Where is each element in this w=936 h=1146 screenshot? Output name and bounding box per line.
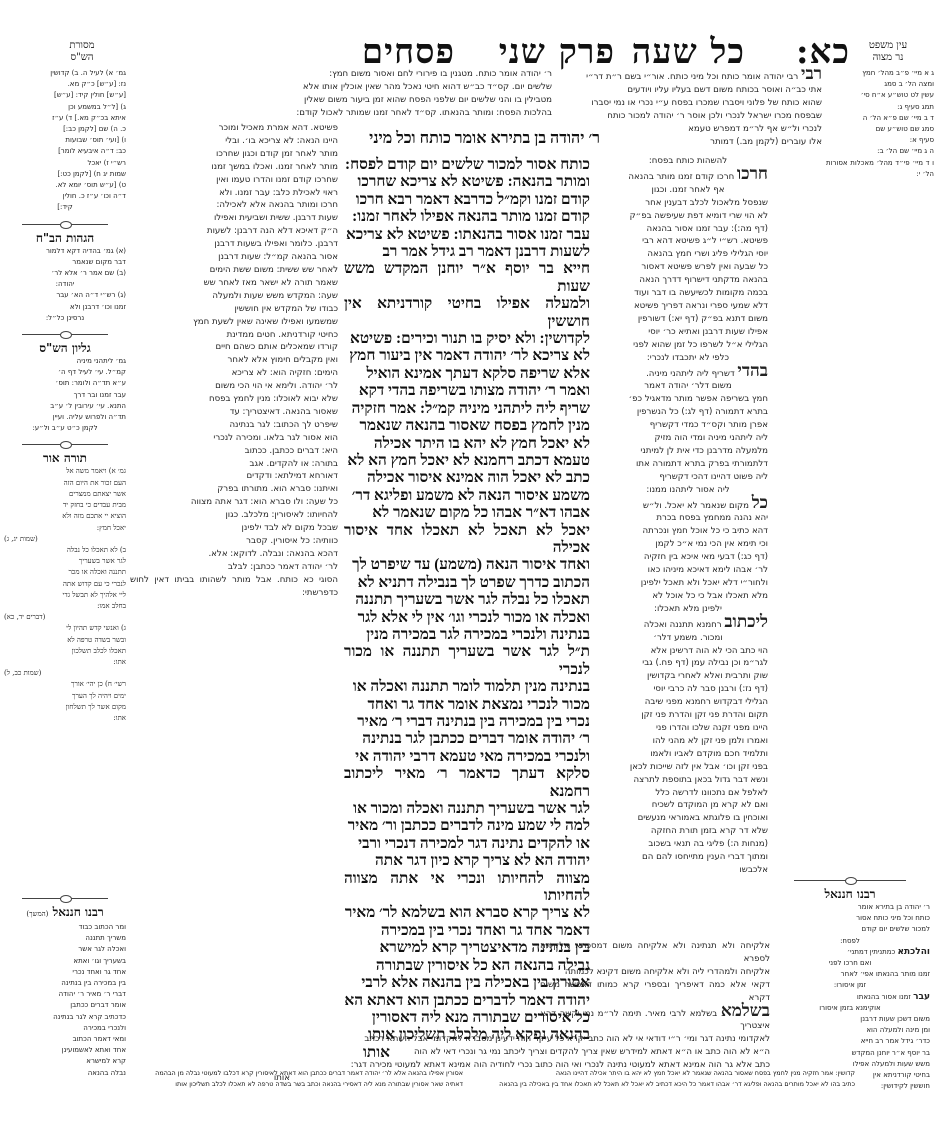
gilyon-line: קמ״ל. עי׳ לעיל דף ה׳ (4, 367, 126, 378)
gemara-line: לא יאכל חמץ לא יהא בו היתר אכילה (344, 435, 590, 452)
rashi-line: ואין מקבלים חימוץ אלא לאחר (130, 354, 338, 367)
rashi-line: שאמר תורה לא ישאר מאז לאחר שש (130, 277, 338, 290)
rashi-line: קורדו שמאכלים אותם כשהם חיים (130, 341, 338, 354)
rashi-line: ר׳ יהודה אומר כותח. מטגנין בו פירורי לחם… (130, 68, 552, 81)
tosafot-line: ומכור. משמע דלר׳ (608, 632, 768, 645)
ein-mishpat-line: ד ב מיי׳ שם פ״א הל׳ ה (826, 113, 934, 124)
tosafot-line: יוסי הגלילי פליג ושרי חמץ בהנאה (608, 248, 768, 261)
rashi-line: דאורחא דמילתא: ודקדים (130, 470, 338, 483)
section-divider-ornament (22, 440, 107, 448)
gilyon-line: ע״א תד״ה ולומר: תוס׳ (4, 378, 126, 389)
rabbeinu-chananel-right: רבנו חננאל ר׳ יהודה בן בתירא אומר כותח ו… (770, 870, 930, 1092)
gilyon-line: גמ׳ ליתהני מיניה (4, 356, 126, 367)
gemara-main-text: ר׳ יהודה בן בתירא אומר כותח וכל מיני (344, 130, 590, 147)
ein-mishpat-line: סעיף א: (826, 135, 934, 146)
torah-or-line: אתו: (4, 713, 126, 724)
masoret-line: איתא בכ״ק מא.] ד) ע״ז (4, 113, 126, 124)
rashi-line: ואיתנו: סברא הוא. מתורתו בפרק (130, 483, 338, 496)
gemara-line: מנין לחמץ בפסח שאסור בהנאה שנאמר (344, 417, 590, 434)
torah-or-line: ובשר בשדה טרפה לא (4, 635, 126, 646)
torah-or-line: אתו: (4, 657, 126, 668)
rabbeinu-chananel-left: רבנו חננאל (המשך) ומר הכתוב כבוד משריך ת… (4, 888, 126, 1079)
torah-or-ref: (שמות כב, ל) (4, 668, 126, 679)
torah-or-line: ב) לא תאכלו כל נבלה (4, 545, 126, 556)
rashi-line: שלשים יום. קס״ד כב״ש דהוא חיטי נאכל מהר … (130, 81, 552, 94)
masoret-label-line1: מסורת (52, 40, 112, 52)
rc-line: והלכתא כמתניתין דמתני׳ (770, 947, 930, 958)
tosafot-line: בהנאה מדקתני דישרוף דדרך הנאה (608, 274, 768, 287)
rabbeinu-chananel-left-title: רבנו חננאל (המשך) (4, 904, 126, 922)
gemara-line: עבר זמנו אסור בהנאתו: פשיטא לא צריכא (344, 226, 590, 243)
tosafot-line: אלכבשו (608, 864, 768, 877)
torah-or-text: גמ׳ א) ויאמר משה אל העם זכור את היום הזה… (4, 466, 126, 724)
rashi-line: בתורה: או להקדים. אגב (130, 458, 338, 471)
gemara-line: אלא שריפה סלקא דעתך אמינא הואיל (344, 365, 590, 382)
tosafot-bottom-line: אלקיחה ולמהדרי ליה ולא אלקיחה משום דקינא… (540, 966, 770, 979)
gemara-line: לשעות דרבנן דאמר רב גידל אמר רב (344, 243, 590, 260)
tosafot-bottom: אלקיחה ולא תנתינה ולא אלקיחה משום דמסכתא… (130, 940, 770, 1085)
rc-line: ואם חרכו לפני (770, 958, 930, 969)
masoret-line: כ. ה) שם [לקמן כב:] (4, 124, 126, 135)
tosafot-line: פשיטא. רש״י ל״ג פשיטא דהא רבי (608, 235, 768, 248)
rashi-line: היא: דברים ככתבן. ככתוב (130, 445, 338, 458)
torah-or-line: ליי אלהיך לא תבשל גדי (4, 590, 126, 601)
gemara-line: בנתינה מנין תלמוד לומר תתננה ואכלה או (344, 678, 590, 695)
torah-or-line: תאכלו לכלב תשלכון (4, 646, 126, 657)
footer-line: קדושין: אמר חזקיה מנין לחמץ בפסח שאסור ב… (480, 1068, 855, 1079)
dibur-hamatchil-bishlama: בשלמא (721, 1001, 770, 1020)
rashi-line: דהכא בהנאה: ונבלה. לדוקא: אלא. (130, 548, 338, 561)
tosafot-line: הגלילי א״ל לשרפו כל זמן שהוא לפני (608, 339, 768, 352)
gemara-line: מכור לנכרי נמצאת אומר אחד גר ואחד (344, 696, 590, 713)
bach-line: (א) גמ׳ בהדיה דקא דלמור (4, 246, 126, 257)
gemara-line: לא צריכא לר׳ יהודה דאמר אין ביעור חמץ (344, 347, 590, 364)
dibur-hamatchil-bhadi: בהדי (737, 361, 768, 380)
tosafot-line: אף לאחר זמנו. וכגון (608, 184, 768, 197)
rabbeinu-chananel-title: רבנו חננאל (770, 886, 930, 902)
rashi-line: כחיטי קורדניתא. חטים ממדינת (130, 329, 338, 342)
rc-left-line: דברי ר׳ מאיר ר׳ יהודה (4, 989, 126, 1000)
tosafot-text: רחמנא תתננה ואכלה (644, 620, 722, 630)
footer-line: אסורין אפילו בהנאה אלא לר׳ יהודה דאמר דב… (88, 1068, 463, 1079)
rc-left-line: ואכלה לגר אשר (4, 944, 126, 955)
dibur-hamatchil-likhtov: ליכתוב (724, 612, 768, 631)
gemara-line: למה לי שמע מינה לדברים ככתבן ור׳ מאיר (344, 817, 590, 834)
bach-line: נרסינן כל״ל: (4, 313, 126, 324)
bach-line: (ב) שם אמר ר׳ אלא לר׳ (4, 268, 126, 279)
dibur-hamatchil-charchu: חרכו (737, 164, 768, 183)
masoret-line: ט) [ע״ש תוס׳ יומא לא. (4, 180, 126, 191)
tosafot-line: וכי תימא אין הכי נמי א״כ לקמן (608, 538, 768, 551)
hagahot-habach-text: (א) גמ׳ בהדיה דקא דלמור דבר מקום שנאמר (… (4, 246, 126, 324)
rashi-line: הסוגי כא כותח. אבל מותר לשהותו בביתו דאי… (130, 574, 338, 600)
gemara-line: חייא בר יוסף א״ר יוחנן המקדש משש שעות (344, 260, 590, 295)
torah-or-line: ימים ויהיה לך הערך (4, 691, 126, 702)
rc-left-line: אחד ואתא לאשמועינן (4, 1045, 126, 1056)
rashi-top-left: ר׳ יהודה אומר כותח. מטגנין בו פירורי לחם… (130, 68, 552, 120)
rc-line: ומן מינה ולמעלה הוא (770, 1025, 930, 1036)
rc-left-note: (המשך) (26, 910, 48, 918)
commentary-line: שהוא כותח של פלוני ויסברו שמכרו בפסח ע״י… (560, 97, 822, 110)
masoret-hashas-text: גמ׳ א) לעיל ה. ב) קדושין נז: [ע״ש] כ״ק מ… (4, 68, 126, 214)
rashi-line: ראוי לאכילת כלב: עבר זמנו. ולא (130, 187, 338, 200)
rashi-line: ה״ק דאיכא דלא הנה דרבנן: לשעות (130, 225, 338, 238)
tosafot-line: לאלפל אם נתכוונו לדרשה כלל (608, 787, 768, 800)
section-divider-ornament (794, 876, 906, 884)
tosafot-line: מלמעלה מדרבנן כדי אית לן למיתני (608, 445, 768, 458)
tosafot-line: אפילו שעות דרבנן ואתיא כר׳ יוסי (608, 326, 768, 339)
rc-left-line: ומר הכתוב כבוד (4, 922, 126, 933)
rc-left-line: כדכתיב קרא לגר בנתינה (4, 1012, 126, 1023)
rashi-line: שמשמעו ואפילו שאינה שאין לשעת חמץ (130, 316, 338, 329)
gemara-line: ולנכרי במכירה מאי טעמא דרבי יהודה אי (344, 748, 590, 765)
tosafot-bottom-line: אלקיחה ולא תנתינה ולא אלקיחה משום דמסכתא… (540, 940, 770, 966)
rc-text: זמנו אסור בהנאתו (857, 993, 911, 1001)
tosafot-line: כל מקום שנאמר לא יאכל. ול״ש (608, 497, 768, 513)
tosafot-line: מלא תאכלו אבל כי כל אוכל לא (608, 590, 768, 603)
gemara-line: קודם זמנו מותר בהנאה אפילו לאחר זמנו: (344, 208, 590, 225)
tosafot-line: דלא שמעי ספרי ונראה דפריך פשיטא (608, 300, 768, 313)
gemara-line: יאכל לא תאכל לא תאכלו אחד איסור אכילה (344, 522, 590, 557)
masoret-line: כב: ד״ה איבעיא לומר] (4, 146, 126, 157)
rashi-line: הוא אסור לגר בלאו. ומכירה לנכרי (130, 432, 338, 445)
tosafot-bottom-line: בשלמא בשלמא לרבי מאיר. תימה לר״מ נמי יקש… (540, 1005, 770, 1034)
chapter-number: פרק שני (499, 32, 615, 72)
torah-or-line: יאכל חמץ: (4, 523, 126, 534)
tosafot-line: משום דתנא בפ״ק (דף יא:) דשורפין (608, 313, 768, 326)
tosafot-line: שלא דר קרא בזמן תורת החזקה (608, 825, 768, 838)
tosafot-line: ואוכחין בו פלוגתא באמוראי מנעשים (608, 812, 768, 825)
section-divider-ornament (22, 220, 107, 228)
gemara-line: יהודה הא לא צריך קרא כיון דגר אתה (344, 852, 590, 869)
ein-mishpat-label-line1: עין משפט (858, 40, 918, 52)
tosafot-line: שנפסל מלאכול לכלב דבענין אחר (608, 197, 768, 210)
rashi-line: לר׳ יהודה. ולימא אי הוי הכי משום (130, 380, 338, 393)
rashi-line: דרבנן. כלומר ואפילו בשעות דרבנן (130, 238, 338, 251)
rashi-line: שעות דרבנן. ששית ושביעית ואפילו (130, 212, 338, 225)
masoret-line: גמ׳ א) לעיל ה. ב) קדושין (4, 68, 126, 79)
dibur-hamatchil-rabbi: רבי (801, 64, 822, 83)
rc-left-line: ומאי דאמר הכתוב (4, 1034, 126, 1045)
rc-left-line: אומר דברים ככתבן (4, 1000, 126, 1011)
tosafot-bottom-line: ה״א לא הוה כתב או ה״א דאתא למידרש שאין צ… (130, 1046, 770, 1059)
gilyon-hashas-text: גמ׳ ליתהני מיניה קמ״ל. עי׳ לעיל דף ה׳ ע״… (4, 356, 126, 434)
rc-line: כותח וכל מיני כותח אסור (770, 913, 930, 924)
tosafot-line: לא הוי שרי דומיא דפת שעיפשה בפ״ק (608, 210, 768, 223)
rashi-line: שאסור בהנאה. דאיצטריך: עד (130, 406, 338, 419)
gemara-line: דאמר אחד גר ואחד נכרי בין במכירה (344, 922, 590, 939)
tractate-name: פסחים (362, 32, 455, 72)
rashi-line: כוותיה: כל איסורין. קסבר (130, 535, 338, 548)
rashi-line: לאחר שש ששית: משום ששת הימים (130, 264, 338, 277)
rashi-line: פשיטא. דהא אמרת מאכיל ומוכר (130, 122, 338, 135)
rashi-line: אסור בהנאה קמ״ל: שעות דרבנן (130, 251, 338, 264)
ein-mishpat-line: ומצה הל׳ ב סמג (826, 79, 934, 90)
gemara-line: לקדושין: ולא יסיק בו תנור וכירים: פשיטא (344, 330, 590, 347)
rashi-line: שעה: המקדש משש שעות ולמעלה (130, 290, 338, 303)
gemara-line: סלקא דעתך כדאמר ר׳ מאיר ליכתוב רחמנא (344, 765, 590, 800)
rc-line: זמן איסורו: (770, 980, 930, 991)
torah-or-line: מקום אשר לך תשלחון (4, 702, 126, 713)
torah-or-line: תתננה ואכלה או מכר (4, 567, 126, 578)
torah-or-line: אשר יצאתם ממצרים (4, 489, 126, 500)
rc-left-line: ולנכרי במכירה (4, 1023, 126, 1034)
rashi-line: הימים: חזקיה הוא: לא צריכא (130, 367, 338, 380)
rc-line: עבר זמנו אסור בהנאתו (770, 992, 930, 1003)
rashi-line: להחיותו: לאיסורין: מלכלב. כגון (130, 509, 338, 522)
ein-mishpat-label-line2: נר מצוה (858, 52, 918, 64)
gemara-line: ר׳ יהודה אומר דברים ככתבן לגר בנתינה (344, 730, 590, 747)
gemara-line: תאכלו כל נבלה לגר אשר בשעריך תתננה (344, 591, 590, 608)
tosafot-line: משום דלר׳ יהודה דאמר (608, 380, 768, 393)
tosafot-line: הגלילי דבקדוש רחמנא מפני שיבה (608, 696, 768, 709)
rc-left-title-text: רבנו חננאל (53, 905, 104, 919)
gemara-line: בנתינה ולנכרי במכירה לגר במכירה מנין (344, 626, 590, 643)
rc-text: כמתניתין דמתני׳ (847, 948, 895, 956)
gemara-line: ולמעלה אפילו בחיטי קורדניתא אין חוששין (344, 295, 590, 330)
gemara-line: כתב לא יאכל הוה אמינא איסור אכילה (344, 469, 590, 486)
gilyon-hashas-title: גליון הש"ס (4, 340, 126, 356)
tosafot-line: לגר״מ וכן נבילה עמן (דף פח.) גבי (608, 657, 768, 670)
ein-mishpat-line: תמג סעיף ג: (826, 102, 934, 113)
bach-line: דבר מקום שנאמר (4, 257, 126, 268)
commentary-text: רבי יהודה אומר כותח וכל מיני כותח. אור״י… (586, 72, 798, 82)
dibur-hamatchil-kol: כל (752, 493, 768, 512)
rc-line: ר׳ יהודה בן בתירא אומר (770, 902, 930, 913)
footer-right: קדושין: אמר חזקיה מנין לחמץ בפסח שאסור ב… (480, 1068, 855, 1090)
torah-or-line: בחלב אמו: (4, 601, 126, 612)
rc-line: משום דשכן שעות דרבנן (770, 1014, 930, 1025)
section-divider-ornament (22, 330, 107, 338)
gemara-line: אבהו דא״ר אבהו כל מקום שנאמר לא (344, 504, 590, 521)
commentary-line: שבפסח מכרו ישראל לנכרי ולכן אוסר ר׳ יהוד… (560, 110, 822, 123)
ein-mishpat-label: עין משפט נר מצוה (858, 40, 918, 64)
tosafot-line: אפרן מותר וקס״ד כמדי דקשריף (608, 419, 768, 432)
tosafot-line: תקום והדרת פני זקן והדרת פני זקן (608, 709, 768, 722)
rabbeinu-chananel-left-text: ומר הכתוב כבוד משריך תתננה ואכלה לגר אשר… (4, 922, 126, 1079)
tosafot-line: (דף כג:) דבעי מאי איכא בין חזקיה (608, 551, 768, 564)
tosafot-text: דשריף ליה ליתהני מיניה. (646, 369, 735, 379)
bach-line: זמנו וכו׳ דרבנן ולא (4, 302, 126, 313)
gilyon-line: לקמן כ״ט ע״ב ול״ע: (4, 423, 126, 434)
tosafot-line: ולחור״י דלא יאכל ולא תאכל ילפינן (608, 577, 768, 590)
rashi-line: שחרכו קודם זמנו והדרו טעמו ואין (130, 174, 338, 187)
rashi-line: בהלכות הפסח: ומותר בהנאתו. קס״ד לאחר זמנ… (130, 107, 552, 120)
masoret-line: ג) [ל״ל במשמע וכן (4, 102, 126, 113)
tosafot-line: שוק ותרבית ואלא לאחרי בקדושין (608, 670, 768, 683)
bach-line: (ג) רש״י ד״ה הא׳ עבר (4, 290, 126, 301)
ein-mishpat-line: עשין לט טוש״ע א״ח סי׳ (826, 90, 934, 101)
masoret-line: [ע״ש] חולין קיד: [ע״ש] (4, 90, 126, 101)
torah-or-line: הוציא יי אתכם מזה ולא (4, 511, 126, 522)
tosafot-line: ליה פשוט דהיינו דהכי דקשריף (608, 471, 768, 484)
rashi-line: לר׳ יהודה דאמר ככתבן: לבלב (130, 561, 338, 574)
rc-line: למכור שלשים יום קודם (770, 924, 930, 935)
gilyon-line: התנא. עי׳ עירובין ל׳ ע״ב (4, 401, 126, 412)
gemara-line: לא צריך קרא סברא הוא בשלמא לר׳ מאיר (344, 904, 590, 921)
rashi-line: שיפרט לך הכתוב: לגר בנתינה (130, 419, 338, 432)
gemara-line: כותח אסור למכור שלשים יום קודם לפסח: (344, 156, 590, 173)
gemara-line: קודם זמנו וקמ״ל כדרבא דאמר רבא חרכו (344, 191, 590, 208)
gemara-opening-line: ר׳ יהודה בן בתירא אומר כותח וכל מיני (344, 130, 600, 147)
rashi-line: היינו הנאה: לא צריכא בו׳. ובלי (130, 135, 338, 148)
gemara-line: ואכלה או מכור לנכרי וגו׳ אין לי אלא לגר (344, 609, 590, 626)
gemara-line: ואמר ר׳ יהודה מצותו בשריפה בהדי דקא (344, 382, 590, 399)
rashi-line: מטבילין בו והני שלשים יום שלפני הפסח שהו… (130, 94, 552, 107)
left-margin: גמ׳ א) לעיל ה. ב) קדושין נז: [ע״ש] כ״ק מ… (4, 68, 126, 724)
masoret-hashas-label: מסורת הש"ס (52, 40, 112, 64)
ein-mishpat-column: ג א מיי׳ פ״ב מהל׳ חמץ ומצה הל׳ ב סמג עשי… (826, 68, 934, 180)
rc-heading-vehilchata: והלכתא (897, 947, 930, 957)
masoret-line: רש״י ז) יאכל (4, 158, 126, 169)
tosafot-line: ומתוך דברי הענין מתייחסו להם הם (608, 851, 768, 864)
ein-mishpat-line: ו ד מיי׳ פי״ד מהל׳ מאכלות אסורות הל׳ י: (826, 158, 934, 180)
tosafot-line: בפני זקן וכו׳ אבל אין לזה שייכות לכאן (608, 761, 768, 774)
commentary-line: לנכרי ול״ש אף לר״מ דמפרש טעמא (632, 123, 822, 136)
gemara-line: נכרי בין במכירה בין בנתינה דברי ר׳ מאיר (344, 713, 590, 730)
tosafot-line: חמץ בשריפה אפשר מותר מדאגיל כפ׳ (608, 393, 768, 406)
masoret-line: ו) [ועי׳ תוס׳ שבועות (4, 135, 126, 146)
rashi-line: כבודו של המקדש אין חוששין (130, 303, 338, 316)
tosafot-line: בכמה מקומות לכשיעשה בו דבר ועוד (608, 287, 768, 300)
gemara-line: ומותר בהנאה: פשיטא לא צריכא שחרכו (344, 173, 590, 190)
footer-line: דאתיה שאר אסורין שבתורה מנא ליה דאסירי ב… (88, 1079, 463, 1090)
tosafot-line: ותלמיד חכם מוקדם לאביו ולאמו (608, 748, 768, 761)
commentary-line: אתי כב״ה ואוסר בכותח משום דשם בעליו עליו… (560, 84, 822, 97)
tosafot-line: לר׳ אבהו לימא דאיכא מיניהו כאו (608, 564, 768, 577)
tosafot-line: דהא כתיב כי כל אוכל חמץ ונכרתה (608, 525, 768, 538)
rc-line: זמנו מותר בהנאתו אפי׳ לאחר (770, 969, 930, 980)
footer-left: אסורין אפילו בהנאה אלא לר׳ יהודה דאמר דב… (88, 1068, 463, 1090)
tosafot-line: ליכתוב רחמנא תתננה ואכלה (608, 616, 768, 632)
tosafot-line: כל שבעה ואין לפרש פשיטא דאסור (608, 261, 768, 274)
rc-left-line: משריך תתננה (4, 933, 126, 944)
ein-mishpat-line: ה ג מיי׳ שם הל׳ ב: (826, 146, 934, 157)
rc-left-line: בשעריך וגו׳ ואתא (4, 956, 126, 967)
gilyon-line: תד״ה ולפרוש עליה. ועיין (4, 412, 126, 423)
torah-or-line: מבית עבדים כי בחזק יד (4, 500, 126, 511)
chapter-name: כל שעה (632, 32, 745, 72)
bach-line: יהודה: (4, 279, 126, 290)
rashi-line: שבכל מקום לא לבד ילפינן (130, 522, 338, 535)
rashi-line: כל שעה: ולו סברא הוא: דגר אתה מצווה (130, 496, 338, 509)
gemara-line: הכתוב כדרך שפרט לך בנבילה דתניא לא (344, 574, 590, 591)
rc-line: אוקימנא בזמן איסורו (770, 1003, 930, 1014)
gemara-line: טעמא דכתב רחמנא לא יאכל חמץ הא לא (344, 452, 590, 469)
rc-left-line: קרא למישרא (4, 1056, 126, 1067)
torah-or-line: לגר אשר בשעריך (4, 556, 126, 567)
torah-or-line: לנכרי כי עם קדוש אתה (4, 579, 126, 590)
torah-or-ref: (דברים יד, כא) (4, 612, 126, 623)
tosafot-line: היינו מפני זקנה שלכו והדרו פני (608, 722, 768, 735)
tosafot-text: חרכו קודם זמנו מותר בהנאה (628, 172, 734, 182)
rashi-line: שלא יבוא לאוכלו: מנין לחמץ בפסח (130, 393, 338, 406)
masoret-line: נז: [ע״ש] כ״ק מא. (4, 79, 126, 90)
tosafot-line: (דף נז:) ורבנן סבר לה כרבי יוסי (608, 683, 768, 696)
ein-mishpat-line: סמג שם טוש״ע שם (826, 124, 934, 135)
hagahot-habach-title: הגהות הב"ח (4, 230, 126, 246)
rc-left-line: אחד גר ואחד נכרי (4, 967, 126, 978)
tosafot-line: ואמרו ולמן פני זקן לא מהני להו (608, 735, 768, 748)
section-divider-ornament (22, 894, 107, 902)
rabbeinu-chananel-text: ר׳ יהודה בן בתירא אומר כותח וכל מיני כות… (770, 902, 930, 1092)
rc-left-line: בין במכירה בין בנתינה (4, 978, 126, 989)
tosafot-line: יהא נהנה ממחמץ בפסח בכרת (608, 512, 768, 525)
rashi-line: מותר לאחר זמנו. ואכלו במשך זמנו (130, 161, 338, 174)
gemara-line: שריף ליה ליתהני מיניה קמ״ל: אמר חזקיה (344, 400, 590, 417)
gemara-line: ואחד איסור הנאה (משמע) עד שיפרט לך (344, 556, 590, 573)
gemara-body: כותח אסור למכור שלשים יום קודם לפסח: ומו… (344, 156, 590, 1061)
rc-line: לפסח: (770, 936, 930, 947)
torah-or-line: ג) ואנשי קדש תהיון לי (4, 623, 126, 634)
commentary-line: אלו עוברים (לקמן מב.) דמותר (632, 136, 822, 149)
torah-or-title: תורה אור (4, 450, 126, 466)
tosafot-line: חרכו חרכו קודם זמנו מותר בהנאה (608, 168, 768, 184)
rashi-column: פשיטא. דהא אמרת מאכיל ומוכר היינו הנאה: … (130, 122, 338, 600)
masoret-line: ד״ה וכו׳ ע״ז כ. חולין (4, 191, 126, 202)
torah-or-line: העם זכור את היום הזה (4, 478, 126, 489)
rc-line: כדר׳ גידל אמר רב חייא (770, 1036, 930, 1047)
tosafot-line: בהדי דשריף ליה ליתהני מיניה. (608, 365, 768, 381)
tosafot-line: (מנחות ה:) פליגי בה תנאי בשכוב (608, 838, 768, 851)
tosafot-text: מקום שנאמר לא יאכל. ול״ש (643, 501, 749, 511)
gilyon-line: עבר זמנו ובר דרך (4, 390, 126, 401)
gemara-line: ת״ל לגר אשר בשעריך תתננה או מכור לנכרי (344, 643, 590, 678)
tosafot-line: דלתמורתי בפרק בתרא דתמורה אתו (608, 458, 768, 471)
rc-heading-avar: עבר (913, 992, 930, 1002)
tosafot-line: בתרא דתמורה (דף לג:) כל הנשרפין (608, 406, 768, 419)
torah-or-ref: (שמות יג, ג) (4, 534, 126, 545)
tosafot-line: ונשא דבר גדול בכאן בתוספת לתרצה (608, 774, 768, 787)
torah-or-line: רשי׳ ח) כן יהי׳ אורך (4, 679, 126, 690)
commentary-line: רבי רבי יהודה אומר כותח וכל מיני כותח. א… (560, 68, 822, 84)
rashi-line: מותר לאחר זמן קודם וכגון שחרכו (130, 148, 338, 161)
tosafot-line: ליה ליתהני מיניה ומדי הוה מזיק (608, 432, 768, 445)
masoret-line: קיד:] (4, 202, 126, 213)
tosafot-line: ואם לא קרא מן המוקדם לשכיח (608, 799, 768, 812)
tosafot-line: (דף מה:): עבר זמנו אסור בהנאה (608, 223, 768, 236)
gemara-line: או להקדים נתינה דגר למכירה דנכרי ורבי (344, 835, 590, 852)
footer-line: כתיב בהו לא יאכל מותרים בהנאה ופליגא דר׳… (480, 1079, 855, 1090)
masoret-label-line2: הש"ס (52, 52, 112, 64)
tosafot-column: להשהות כותח בפסח: חרכו חרכו קודם זמנו מו… (608, 155, 768, 877)
tosafot-bottom-line: לאקדומי נתינה דגר ומי׳ ר״י דודאי אי לא ה… (130, 1033, 770, 1046)
tosafot-line: ליה אסור ליתהנו ממנו: (608, 484, 768, 497)
ein-mishpat-line: ג א מיי׳ פ״ב מהל׳ חמץ (826, 68, 934, 79)
torah-or-line: גמ׳ א) ויאמר משה אל (4, 466, 126, 477)
gemara-line: משמע איסור הנאה לא משמע ופליגא דר׳ (344, 487, 590, 504)
gemara-line: מצווה להחיותו ונכרי אי אתה מצווה להחיותו (344, 870, 590, 905)
rc-line: בר יוסף א״ר יוחנן המקדש (770, 1048, 930, 1059)
masoret-line: שמות יג ח) [לקמן כט:] (4, 169, 126, 180)
tosafot-line: הוי כתב הכי לא הוה דרשינן אלא (608, 645, 768, 658)
rashi-line: חרכו ומותר בהנאה אלא לאכילה: (130, 199, 338, 212)
gemara-line: לגר אשר בשעריך תתננה ואכלה ומכור או (344, 800, 590, 817)
